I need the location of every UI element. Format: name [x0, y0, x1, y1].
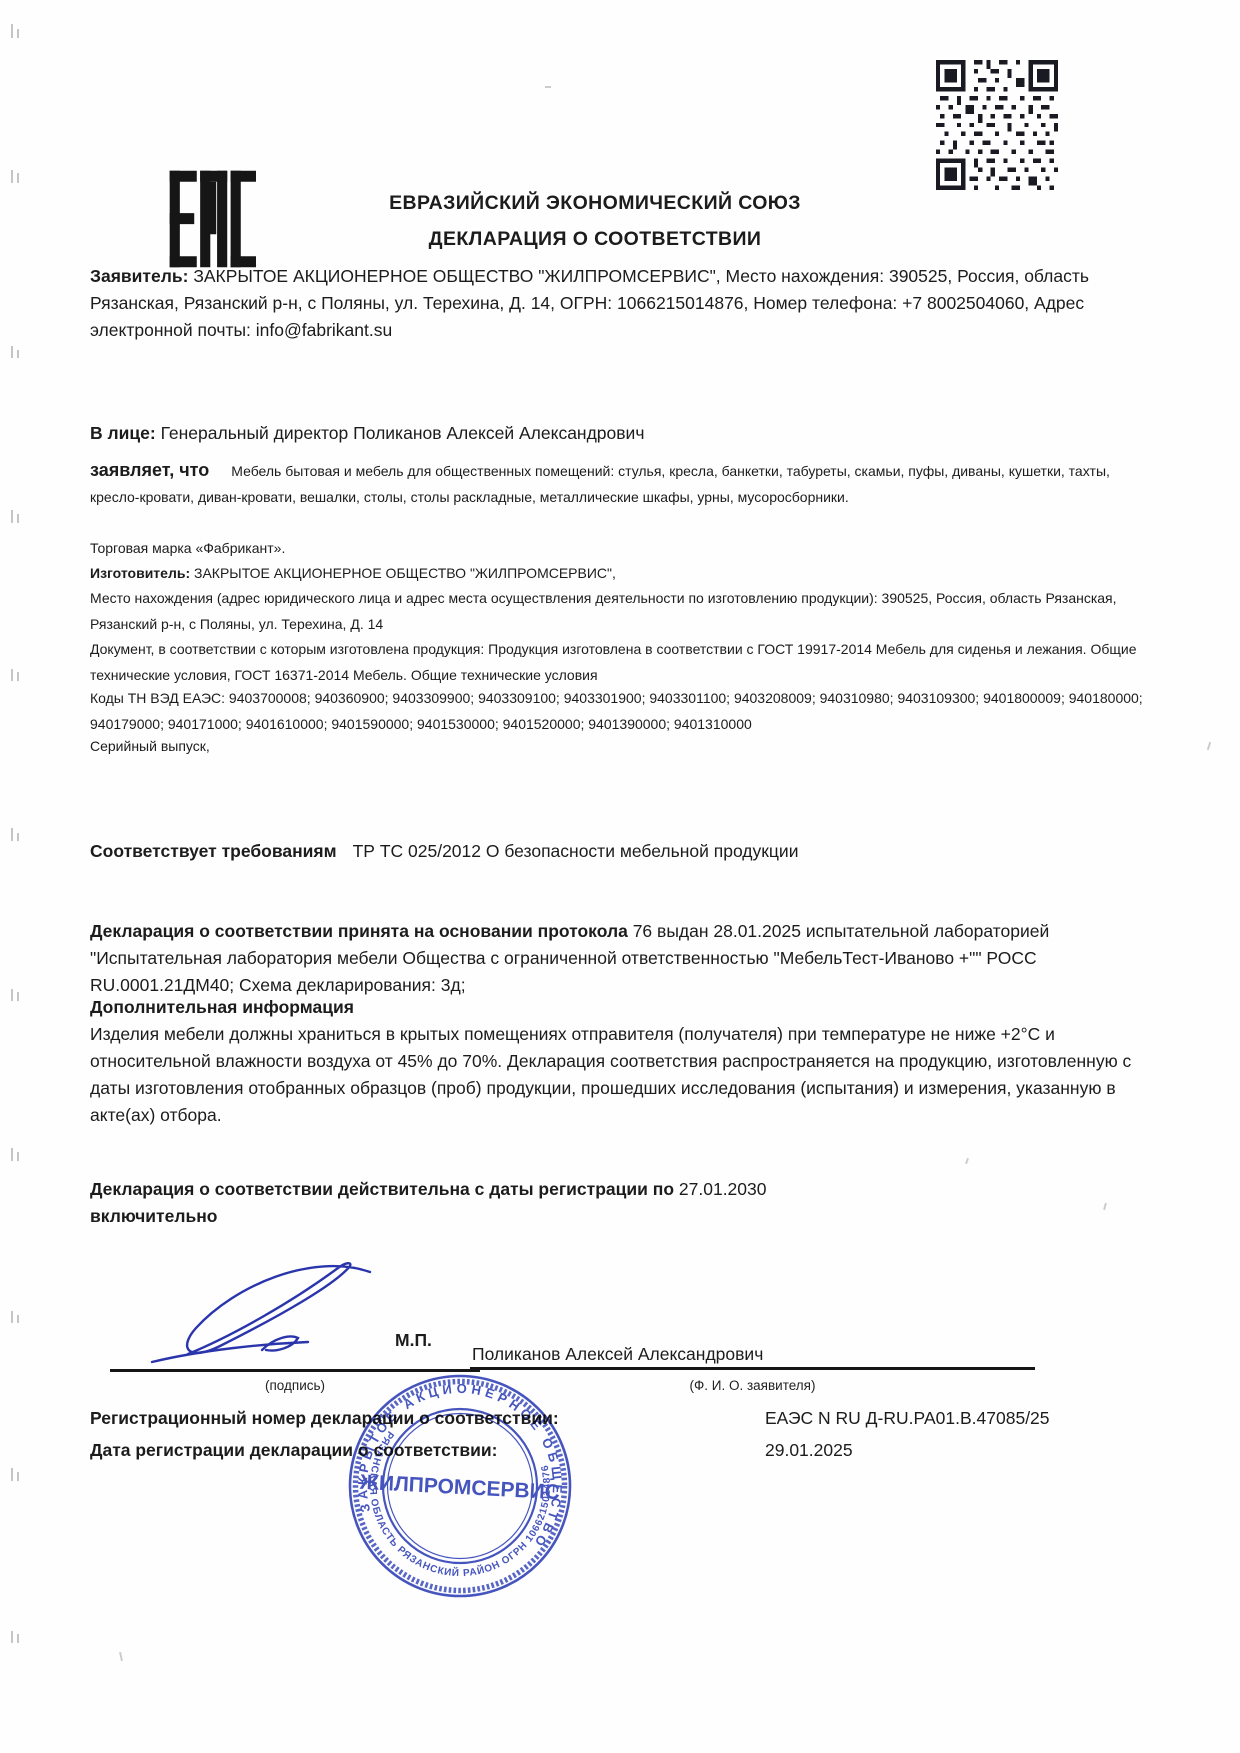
manufacturer-text: ЗАКРЫТОЕ АКЦИОНЕРНОЕ ОБЩЕСТВО "ЖИЛПРОМСЕ… — [194, 565, 616, 581]
qr-code-icon — [936, 60, 1058, 190]
scan-noise — [11, 1148, 23, 1166]
applicant-label: Заявитель: — [90, 266, 188, 286]
scan-noise — [545, 86, 551, 88]
registration-number-row: Регистрационный номер декларации о соотв… — [90, 1405, 1154, 1432]
person-paragraph: В лице: Генеральный директор Поликанов А… — [90, 420, 1154, 447]
applicant-text: ЗАКРЫТОЕ АКЦИОНЕРНОЕ ОБЩЕСТВО "ЖИЛПРОМСЕ… — [90, 266, 1089, 340]
scan-noise — [11, 668, 23, 686]
products-text: Мебель бытовая и мебель для общественных… — [90, 463, 1110, 505]
person-text: Генеральный директор Поликанов Алексей А… — [161, 423, 645, 443]
scan-noise — [11, 170, 23, 188]
validity-label: Декларация о соответствии действительна … — [90, 1179, 674, 1199]
additional-text: Изделия мебели должны храниться в крытых… — [90, 1021, 1154, 1129]
scan-noise — [11, 24, 23, 43]
scan-noise — [11, 510, 23, 528]
declaration-paragraph: заявляет, чтоМебель бытовая и мебель для… — [90, 458, 1154, 510]
stamp-place-label: М.П. — [395, 1330, 432, 1351]
standards-line: Документ, в соответствии с которым изгот… — [90, 637, 1154, 688]
manufacturer-line: Изготовитель: ЗАКРЫТОЕ АКЦИОНЕРНОЕ ОБЩЕС… — [90, 561, 1154, 587]
document-page: ЕВРАЗИЙСКИЙ ЭКОНОМИЧЕСКИЙ СОЮЗ ДЕКЛАРАЦИ… — [0, 0, 1240, 1753]
manufacturer-label: Изготовитель: — [90, 565, 190, 581]
scan-noise — [11, 828, 23, 846]
codes-line: Коды ТН ВЭД ЕАЭС: 9403700008; 940360900;… — [90, 686, 1154, 737]
scan-noise — [11, 988, 23, 1006]
basis-paragraph: Декларация о соответствии принята на осн… — [90, 918, 1154, 999]
basis-label: Декларация о соответствии принята на осн… — [90, 921, 628, 941]
serial-line: Серийный выпуск, — [90, 734, 1154, 760]
registration-date: 29.01.2025 — [765, 1437, 853, 1464]
compliance-text: ТР ТС 025/2012 О безопасности мебельной … — [353, 841, 799, 861]
manufacturer-address: Место нахождения (адрес юридического лиц… — [90, 586, 1154, 637]
scan-noise — [965, 1158, 969, 1164]
scan-noise — [11, 345, 23, 363]
company-stamp: ЗАКРЫТОЕ АКЦИОНЕРНОЕ ОБЩЕСТВО РЯЗАНСКАЯ … — [342, 1366, 578, 1602]
scan-noise — [1207, 742, 1211, 750]
person-label: В лице: — [90, 423, 156, 443]
registration-date-row: Дата регистрации декларации о соответств… — [90, 1437, 1154, 1464]
scan-noise — [119, 1652, 123, 1661]
trademark-line: Торговая марка «Фабрикант». — [90, 536, 1154, 562]
scan-noise — [11, 1630, 23, 1648]
validity-date: 27.01.2030 — [679, 1179, 767, 1199]
union-title: ЕВРАЗИЙСКИЙ ЭКОНОМИЧЕСКИЙ СОЮЗ — [90, 192, 1100, 215]
declares-label: заявляет, что — [90, 460, 209, 480]
validity-paragraph: Декларация о соответствии действительна … — [90, 1176, 1154, 1230]
scan-noise — [11, 1468, 23, 1486]
additional-label: Дополнительная информация — [90, 994, 1154, 1021]
registration-number: ЕАЭС N RU Д-RU.РА01.В.47085/25 — [765, 1405, 1050, 1432]
validity-suffix: включительно — [90, 1206, 217, 1226]
compliance-paragraph: Соответствует требованиямТР ТС 025/2012 … — [90, 838, 1154, 865]
eac-logo-icon — [168, 162, 256, 276]
applicant-name: Поликанов Алексей Александрович — [472, 1344, 763, 1365]
scan-noise — [11, 1310, 23, 1328]
signature — [112, 1250, 412, 1375]
compliance-label: Соответствует требованиям — [90, 841, 337, 861]
applicant-paragraph: Заявитель: ЗАКРЫТОЕ АКЦИОНЕРНОЕ ОБЩЕСТВО… — [90, 263, 1154, 344]
page-title: ДЕКЛАРАЦИЯ О СООТВЕТСТВИИ — [90, 228, 1100, 251]
